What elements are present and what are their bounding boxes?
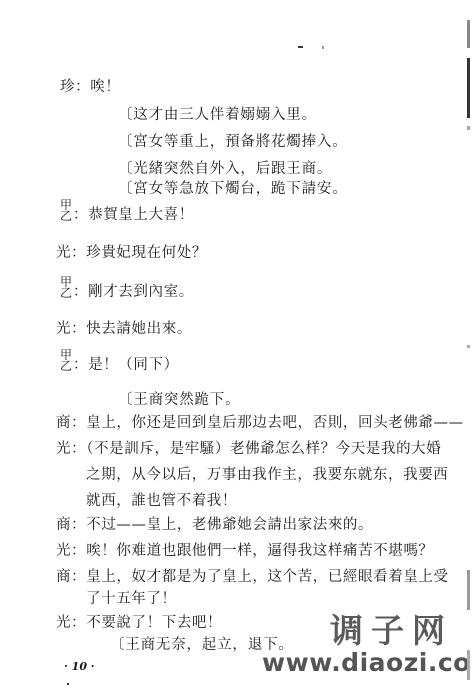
dialogue-line: 商：不过——皇上，老佛爺她会請出家法來的。	[56, 516, 373, 534]
colon: ：	[73, 207, 88, 223]
edge-mark	[467, 570, 470, 610]
dialogue-continuation: 了十五年了！	[86, 590, 177, 608]
dialogue-text: 恭賀皇上大喜！	[88, 207, 194, 223]
speaker-name: 商	[56, 414, 71, 432]
speaker-name: 光	[56, 244, 71, 262]
scan-speck	[322, 46, 324, 49]
dialogue-text: 剛才去到內室。	[88, 284, 194, 300]
dialogue-continuation: 就西，誰也管不着我！	[86, 492, 237, 510]
dialogue-text: 是！（同下）	[88, 357, 179, 373]
stage-direction: 〔王商突然跪下。	[118, 391, 240, 409]
stacked-speaker: 甲 乙	[60, 277, 73, 299]
speaker-name: 光	[56, 440, 71, 458]
watermark-url: www.diaozi.com	[262, 648, 472, 677]
dialogue-line: 商：皇上，你还是回到皇后那边去吧，否則，回头老佛爺——	[56, 414, 464, 432]
speaker-name: 光	[56, 542, 71, 560]
dialogue-text: 快去請她出來。	[86, 321, 192, 337]
dialogue-text: （不是訓斥，是牢騷）老佛爺怎么样？今天是我的大婚	[86, 441, 441, 457]
watermark-title: 调子网	[330, 605, 453, 652]
dialogue-line: 光：珍貴妃現在何处？	[56, 244, 207, 262]
dialogue-text: 皇上，奴才都是为了皇上，这个苦，已經眼看着皇上受	[86, 569, 448, 585]
speaker-name: 商	[56, 516, 71, 534]
dialogue-line: 光：不要說了！下去吧！	[56, 614, 222, 632]
scan-speck	[298, 46, 303, 48]
dialogue-line: 甲 乙 ：恭賀皇上大喜！	[60, 206, 194, 224]
edge-mark	[467, 126, 470, 130]
dialogue-line: 甲 乙 ：是！（同下）	[60, 356, 179, 374]
dialogue-text: 皇上，你还是回到皇后那边去吧，否則，回头老佛爺——	[86, 415, 464, 431]
speaker-name: 光	[56, 320, 71, 338]
dialogue-line: 商：皇上，奴才都是为了皇上，这个苦，已經眼看着皇上受	[56, 568, 449, 586]
colon: ：	[71, 321, 86, 337]
stage-direction: 〔这才由三人伴着嫋嫋入里。	[118, 106, 317, 124]
colon: ：	[73, 284, 88, 300]
stage-direction: 〔宮女等急放下燭台，跪下請安。	[118, 180, 348, 198]
speaker-name: 珍	[60, 78, 75, 96]
stacked-speaker: 甲 乙	[60, 200, 73, 222]
colon: ：	[71, 517, 86, 533]
colon: ：	[71, 615, 86, 631]
colon: ：	[71, 441, 86, 457]
scan-edge	[464, 0, 472, 690]
edge-mark	[467, 20, 470, 48]
dialogue-line: 光：快去請她出來。	[56, 320, 192, 338]
stacked-speaker: 甲 乙	[60, 350, 73, 372]
edge-mark	[467, 58, 470, 118]
edge-mark	[467, 345, 470, 348]
dialogue-text: 珍貴妃現在何处？	[86, 245, 207, 261]
dialogue-text: 不要說了！下去吧！	[86, 615, 222, 631]
speaker-name-bottom: 乙	[60, 211, 73, 222]
colon: ：	[71, 245, 86, 261]
dialogue-line: 光：唉！你难道也跟他們一样，逼得我这样痛苦不堪嗎？	[56, 542, 434, 560]
page-number: · 10 ·	[64, 660, 95, 673]
dialogue-line: 珍：唉！	[60, 78, 120, 96]
colon: ：	[75, 79, 90, 95]
dialogue-text: 不过——皇上，老佛爺她会請出家法來的。	[86, 517, 373, 533]
dialogue-line: 甲 乙 ：剛才去到內室。	[60, 283, 194, 301]
speaker-name-bottom: 乙	[60, 288, 73, 299]
dialogue-text: 唉！你难道也跟他們一样，逼得我这样痛苦不堪嗎？	[86, 543, 433, 559]
stage-direction: 〔宮女等重上，預备將花燭捧入。	[118, 133, 348, 151]
colon: ：	[73, 357, 88, 373]
colon: ：	[71, 569, 86, 585]
colon: ：	[71, 415, 86, 431]
edge-mark	[467, 650, 470, 680]
dialogue-continuation: 之期，从今以后，万事由我作主，我要东就东，我要西	[86, 466, 448, 484]
speaker-name: 光	[56, 614, 71, 632]
scanned-script-page: 珍：唉！ 〔这才由三人伴着嫋嫋入里。 〔宮女等重上，預备將花燭捧入。 〔光緒突然…	[0, 0, 472, 690]
scan-speck	[67, 683, 69, 685]
stage-direction: 〔光緒突然自外入，后跟王商。	[118, 160, 332, 178]
colon: ：	[71, 543, 86, 559]
dialogue-text: 唉！	[90, 79, 120, 95]
speaker-name-bottom: 乙	[60, 361, 73, 372]
dialogue-line: 光：（不是訓斥，是牢騷）老佛爺怎么样？今天是我的大婚	[56, 440, 441, 458]
speaker-name: 商	[56, 568, 71, 586]
